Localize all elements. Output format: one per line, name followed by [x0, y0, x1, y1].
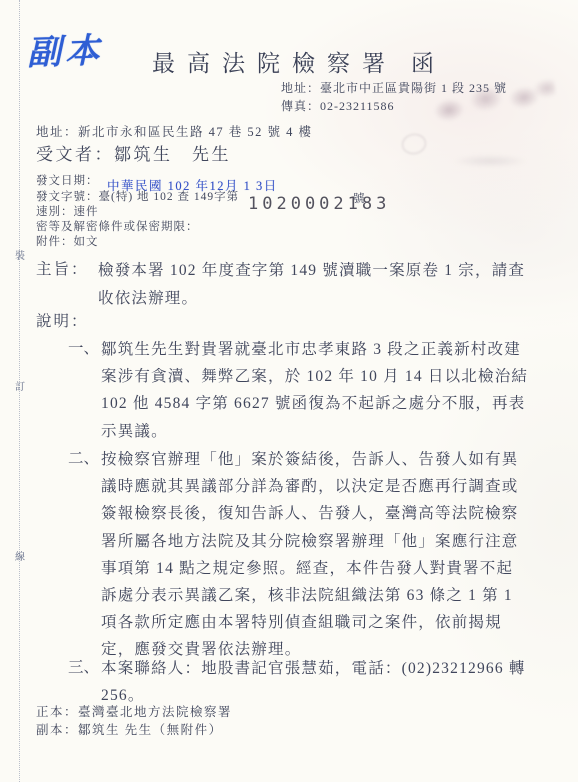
item-line: 示異議。	[101, 418, 557, 445]
original-recipient-line: 正本：臺灣臺北地方法院檢察署	[36, 702, 232, 720]
item-line: 項各款所定應由本署特別偵查組職司之案件，依前揭規	[101, 609, 557, 636]
item-number: 一、	[68, 336, 99, 358]
bleedthrough-smudge	[430, 148, 550, 174]
attachment-line: 附件：如文	[36, 233, 99, 249]
item-line: 訴處分表示異議乙案，核非法院組織法第 63 條之 1 第 1	[101, 582, 557, 609]
binding-mark-zhuang: 裝	[13, 247, 27, 262]
doc-number-label: 發文字號：臺(特) 地 102 查 149字第	[36, 188, 239, 204]
bleedthrough-seal-mark	[400, 132, 427, 156]
issuing-agency-name: 最高法院檢察署	[152, 51, 397, 76]
bleedthrough-stamp	[425, 67, 558, 130]
issue-date-label: 發文日期：	[36, 172, 99, 188]
copy-stamp: 副本	[26, 23, 104, 75]
item-line: 議時應就其異議部分詳為審酌，以決定是否應再行調查或	[101, 473, 557, 500]
binding-mark-ding: 訂	[13, 378, 27, 393]
item-line: 案涉有貪瀆、舞弊乙案，於 102 年 10 月 14 日以北檢治結	[101, 363, 557, 390]
recipient-name-line: 受文者：鄒筑生 先生	[36, 140, 231, 165]
item-line: 按檢察官辦理「他」案於簽結後，告訴人、告發人如有異	[101, 446, 557, 473]
item-line: 署所屬各地方法院及其分院檢察署辦理「他」案應行注意	[101, 528, 557, 555]
item-line: 事項第 14 點之規定參照。經查，本件告發人對貴署不起	[101, 555, 557, 582]
speed-level-line: 速別：速件	[36, 203, 99, 219]
document-type-label: 函	[411, 51, 434, 76]
explanation-label: 說明：	[36, 309, 89, 331]
binding-mark-xian: 線	[13, 548, 27, 563]
document-title: 最高法院檢察署函	[152, 45, 434, 78]
item-number: 二、	[68, 446, 99, 468]
doc-number-stamp: 1020002183	[248, 194, 390, 214]
item-line: 102 他 4584 字第 6627 號函復為不起訴之處分不服，再表	[101, 390, 557, 417]
recipient-address: 地址：新北市永和區民生路 47 巷 52 號 4 樓	[36, 122, 313, 140]
agency-fax: 傳真：02-23211586	[281, 97, 395, 114]
item-number: 三、	[68, 655, 99, 677]
copy-recipient-line: 副本：鄒筑生 先生（無附件）	[36, 720, 223, 738]
subject-text: 檢發本署 102 年度查字第 149 號瀆職一案原卷 1 宗，請查 收依法辦理。	[98, 257, 550, 313]
item-line: 簽報檢察長後，復知告訴人、告發人，臺灣高等法院檢察	[101, 500, 557, 527]
item-line: 鄒筑生先生對貴署就臺北市忠孝東路 3 段之正義新村改建	[101, 336, 557, 363]
explanation-item-2: 二、 按檢察官辦理「他」案於簽結後，告訴人、告發人如有異 議時應就其異議部分詳為…	[101, 446, 557, 664]
subject-line: 收依法辦理。	[98, 285, 550, 313]
subject-line: 檢發本署 102 年度查字第 149 號瀆職一案原卷 1 宗，請查	[98, 257, 550, 285]
item-line: 本案聯絡人：地股書記官張慧茹，電話：(02)23212966 轉	[101, 655, 557, 682]
document-page: 裝 訂 線 副本 最高法院檢察署函 地址：臺北市中正區貴陽街 1 段 235 號…	[0, 0, 578, 782]
security-classification-line: 密等及解密條件或保密期限：	[36, 218, 199, 234]
subject-label: 主旨：	[36, 257, 89, 279]
doc-number-suffix: 號	[353, 190, 366, 206]
explanation-item-1: 一、 鄒筑生先生對貴署就臺北市忠孝東路 3 段之正義新村改建 案涉有貪瀆、舞弊乙…	[101, 336, 557, 445]
